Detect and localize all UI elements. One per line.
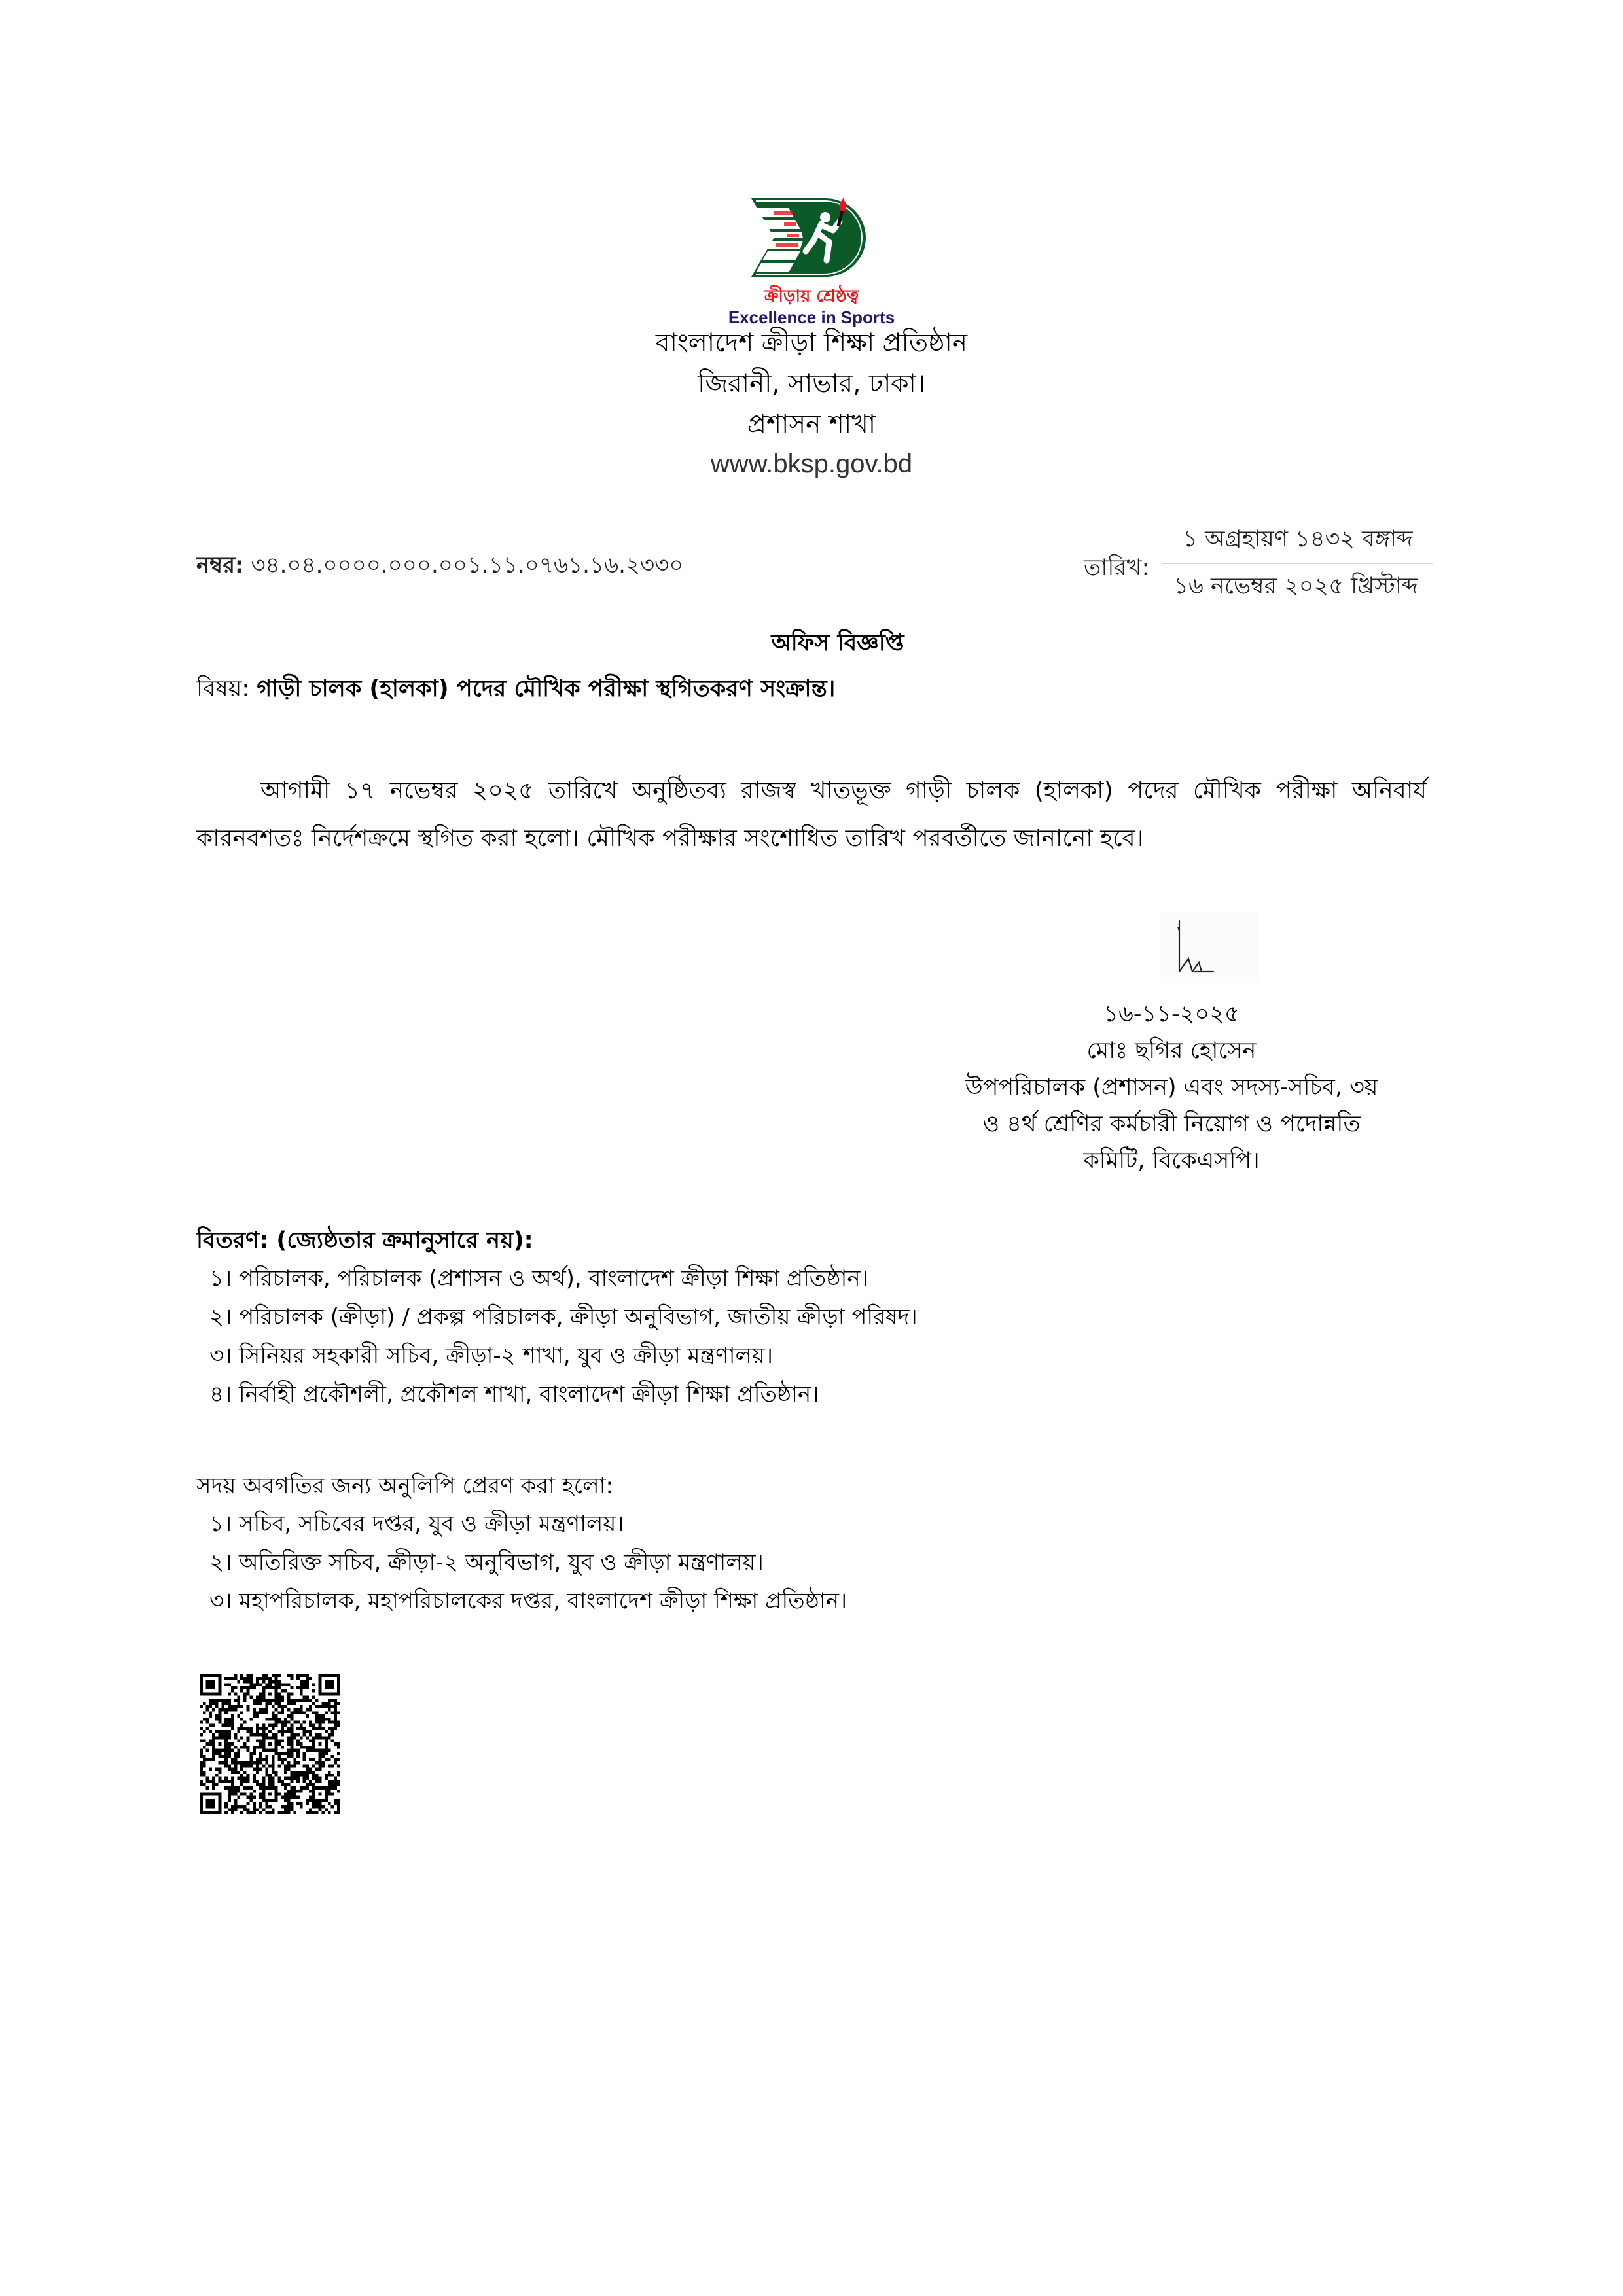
distribution-heading: বিতরণ: (জ্যেষ্ঠতার ক্রমানুসারে নয়): <box>196 1222 533 1261</box>
list-item: ১। সচিব, সচিবের দপ্তর, যুব ও ক্রীড়া মন্… <box>209 1505 847 1544</box>
notice-title: অফিস বিজ্ঞপ্তি <box>0 625 1623 663</box>
organization-name: বাংলাদেশ ক্রীড়া শিক্ষা প্রতিষ্ঠান <box>0 327 1623 360</box>
organization-website[interactable]: www.bksp.gov.bd <box>0 448 1623 480</box>
motto-english: Excellence in Sports <box>0 308 1623 328</box>
copy-to-heading: সদয় অবগতির জন্য অনুলিপি প্রেরণ করা হলো: <box>196 1469 613 1506</box>
list-item: ২। পরিচালক (ক্রীড়া) / প্রকল্প পরিচালক, … <box>209 1298 918 1337</box>
organization-address: জিরানী, সাভার, ঢাকা। <box>0 368 1623 400</box>
list-item: ২। অতিরিক্ত সচিব, ক্রীড়া-২ অনুবিভাগ, যু… <box>209 1544 847 1582</box>
list-item: ৪। নির্বাহী প্রকৌশলী, প্রকৌশল শাখা, বাংল… <box>209 1375 918 1414</box>
signature-date: ১৬-১১-২০২৫ <box>942 996 1400 1033</box>
memo-number-value: ৩৪.০৪.০০০০.০০০.০০১.১১.০৭৬১.১৬.২৩৩০ <box>251 552 683 578</box>
list-item: ৩। সিনিয়র সহকারী সচিব, ক্রীড়া-২ শাখা, … <box>209 1337 918 1375</box>
signatory-designation-line-1: উপপরিচালক (প্রশাসন) এবং সদস্য-সচিব, ৩য় <box>942 1069 1400 1106</box>
memo-number: নম্বর: ৩৪.০৪.০০০০.০০০.০০১.১১.০৭৬১.১৬.২৩৩… <box>196 548 683 586</box>
date-label: তারিখ: <box>1084 550 1149 588</box>
signature-block: ১৬-১১-২০২৫ মোঃ ছগির হোসেন উপপরিচালক (প্র… <box>942 996 1400 1179</box>
signatory-name: মোঃ ছগির হোসেন <box>942 1033 1400 1069</box>
distribution-list: ১। পরিচালক, পরিচালক (প্রশাসন ও অর্থ), বা… <box>209 1260 918 1414</box>
list-item: ৩। মহাপরিচালক, মহাপরিচালকের দপ্তর, বাংলা… <box>209 1582 847 1621</box>
copy-to-list: ১। সচিব, সচিবের দপ্তর, যুব ও ক্রীড়া মন্… <box>209 1505 847 1621</box>
signature-icon <box>1160 911 1258 983</box>
date-gregorian: ১৬ নভেম্বর ২০২৫ খ্রিস্টাব্দ <box>1158 568 1433 607</box>
notice-body: আগামী ১৭ নভেম্বর ২০২৫ তারিখে অনুষ্ঠিতব্য… <box>196 767 1427 862</box>
subject-label: বিষয়: <box>196 676 249 702</box>
memo-number-label: নম্বর: <box>196 552 244 578</box>
organization-branch: প্রশাসন শাখা <box>0 408 1623 441</box>
qr-code-icon[interactable] <box>200 1674 340 1814</box>
date-bangla: ১ অগ্রহায়ণ ১৪৩২ বঙ্গাব্দ <box>1164 521 1432 559</box>
subject-text: গাড়ী চালক (হালকা) পদের মৌখিক পরীক্ষা স্… <box>257 676 835 702</box>
list-item: ১। পরিচালক, পরিচালক (প্রশাসন ও অর্থ), বা… <box>209 1260 918 1298</box>
date-divider <box>1162 563 1433 564</box>
subject-line: বিষয়: গাড়ী চালক (হালকা) পদের মৌখিক পরী… <box>196 671 835 709</box>
bksp-logo-icon <box>748 195 879 280</box>
signatory-designation-line-2: ও ৪র্থ শ্রেণির কর্মচারী নিয়োগ ও পদোন্নত… <box>942 1106 1400 1142</box>
signatory-designation-line-3: কমিটি, বিকেএসপি। <box>942 1142 1400 1179</box>
